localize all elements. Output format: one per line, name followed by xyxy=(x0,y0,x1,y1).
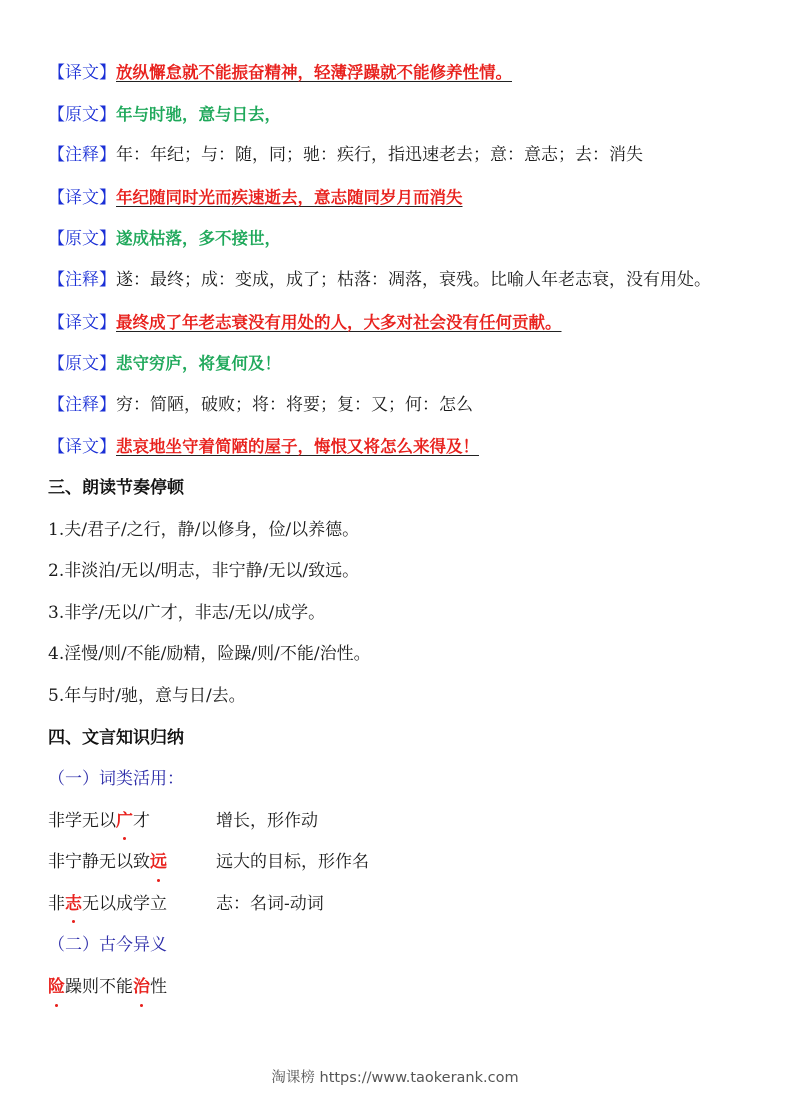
translation-text: 放纵懈怠就不能振奋精神，轻薄浮躁就不能修养性情。 xyxy=(116,63,518,82)
annotation-tag: 【注释】 xyxy=(48,395,116,415)
annotation-text: 年：年纪；与：随，同；驰：疾行，指迅速老去；意：意志；去：消失 xyxy=(116,145,643,165)
usage-explanation: 远大的目标，形作名 xyxy=(216,842,369,884)
annotation-text: 穷：简陋，破败；将：将要；复：又；何：怎么 xyxy=(116,395,473,415)
annotation-line: 【注释】年：年纪；与：随，同；驰：疾行，指迅速老去；意：意志；去：消失 xyxy=(48,135,748,177)
subheading-word-class-usage: （一）词类活用： xyxy=(48,759,748,801)
example-phrase: 非志无以成学立 xyxy=(48,884,216,926)
emphasized-char: 险 xyxy=(48,967,65,1009)
original-text: 遂成枯落，多不接世， xyxy=(116,229,281,248)
rhythm-item: 3.非学/无以/广才，非志/无以/成学。 xyxy=(48,593,748,635)
emphasized-char: 治 xyxy=(133,967,150,1009)
usage-explanation: 志：名词-动词 xyxy=(216,884,324,926)
section-heading-classical-knowledge: 四、文言知识归纳 xyxy=(48,718,748,760)
translation-tag: 【译文】 xyxy=(48,188,116,208)
original-tag: 【原文】 xyxy=(48,354,116,374)
annotation-tag: 【注释】 xyxy=(48,145,116,165)
subheading-ancient-modern-meaning: （二）古今异义 xyxy=(48,925,748,967)
rhythm-item: 2.非淡泊/无以/明志，非宁静/无以/致远。 xyxy=(48,551,748,593)
document-page: 【译文】放纵懈怠就不能振奋精神，轻薄浮躁就不能修养性情。 【原文】年与时驰，意与… xyxy=(48,52,748,1009)
translation-tag: 【译文】 xyxy=(48,63,116,83)
original-text: 悲守穷庐，将复何及！ xyxy=(116,354,281,373)
example-phrase: 非宁静无以致远 xyxy=(48,842,216,884)
example-phrase: 非学无以广才 xyxy=(48,801,216,843)
word-usage-row: 非宁静无以致远 远大的目标，形作名 xyxy=(48,842,748,884)
emphasized-char: 远 xyxy=(150,842,167,884)
translation-line: 【译文】年纪随同时光而疾速逝去，意志随同岁月而消失 xyxy=(48,177,748,219)
footer-watermark: 淘课榜 https://www.taokerank.com xyxy=(0,1066,790,1087)
emphasized-char: 广 xyxy=(116,801,133,843)
translation-text: 悲哀地坐守着简陋的屋子，悔恨又将怎么来得及！ xyxy=(116,437,485,456)
original-text: 年与时驰，意与日去， xyxy=(116,105,281,124)
original-line: 【原文】遂成枯落，多不接世， xyxy=(48,218,748,260)
translation-line: 【译文】最终成了年老志衰没有用处的人，大多对社会没有任何贡献。 xyxy=(48,302,748,344)
annotation-tag: 【注释】 xyxy=(48,270,116,290)
original-line: 【原文】悲守穷庐，将复何及！ xyxy=(48,343,748,385)
original-tag: 【原文】 xyxy=(48,105,116,125)
translation-text: 最终成了年老志衰没有用处的人，大多对社会没有任何贡献。 xyxy=(116,313,568,332)
rhythm-item: 1.夫/君子/之行，静/以修身，俭/以养德。 xyxy=(48,510,748,552)
original-line: 【原文】年与时驰，意与日去， xyxy=(48,94,748,136)
annotation-line: 【注释】遂：最终；成：变成，成了；枯落：凋落，衰残。比喻人年老志衰，没有用处。 xyxy=(48,260,748,302)
annotation-text: 遂：最终；成：变成，成了；枯落：凋落，衰残。比喻人年老志衰，没有用处。 xyxy=(116,270,711,290)
translation-line: 【译文】悲哀地坐守着简陋的屋子，悔恨又将怎么来得及！ xyxy=(48,426,748,468)
rhythm-item: 4.淫慢/则/不能/励精，险躁/则/不能/治性。 xyxy=(48,634,748,676)
translation-text: 年纪随同时光而疾速逝去，意志随同岁月而消失 xyxy=(116,188,469,207)
annotation-line: 【注释】穷：简陋，破败；将：将要；复：又；何：怎么 xyxy=(48,385,748,427)
ancient-modern-example: 险躁则不能治性 xyxy=(48,967,748,1009)
emphasized-char: 志 xyxy=(65,884,82,926)
translation-tag: 【译文】 xyxy=(48,313,116,333)
translation-tag: 【译文】 xyxy=(48,437,116,457)
section-heading-reading-rhythm: 三、朗读节奏停顿 xyxy=(48,468,748,510)
translation-line: 【译文】放纵懈怠就不能振奋精神，轻薄浮躁就不能修养性情。 xyxy=(48,52,748,94)
original-tag: 【原文】 xyxy=(48,229,116,249)
word-usage-row: 非学无以广才 增长，形作动 xyxy=(48,801,748,843)
word-usage-row: 非志无以成学立 志：名词-动词 xyxy=(48,884,748,926)
usage-explanation: 增长，形作动 xyxy=(216,801,318,843)
rhythm-item: 5.年与时/驰，意与日/去。 xyxy=(48,676,748,718)
